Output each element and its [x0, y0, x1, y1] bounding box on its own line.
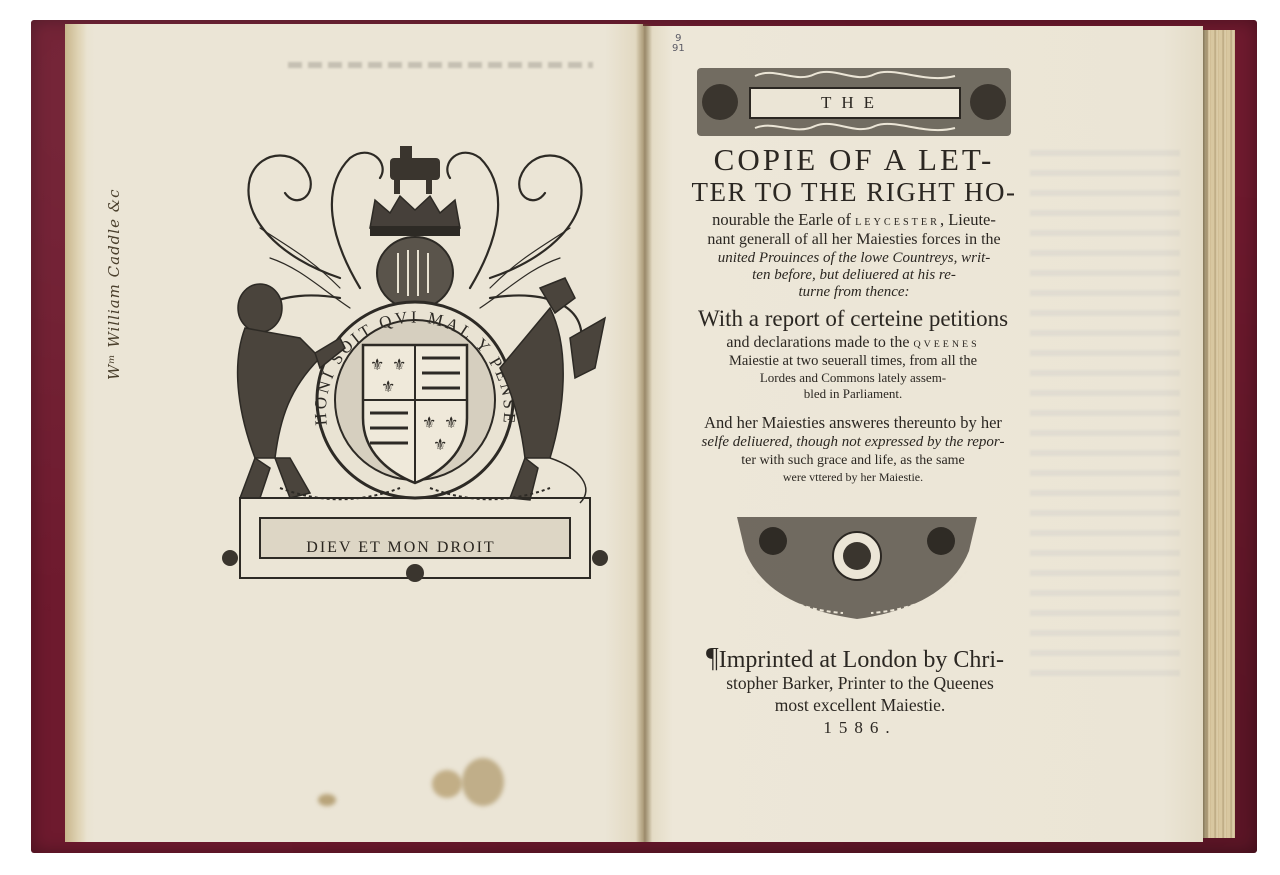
foxing-stain: [432, 770, 462, 798]
answer-line-2: selfe deliuered, though not expressed by…: [668, 433, 1038, 452]
title-line-3-post: , Lieute-: [940, 210, 996, 229]
title-line-7: turne from thence:: [668, 283, 1040, 301]
folio-mark-bottom: 91: [672, 44, 685, 54]
imprint-line-1-text: Imprinted at London by Chri-: [719, 647, 1004, 673]
title-line-5: united Prouinces of the lowe Countreys, …: [668, 249, 1040, 267]
title-line-3-pre: nourable the Earle of: [712, 210, 855, 229]
svg-text:⚜: ⚜: [370, 355, 384, 374]
book-gutter: [636, 24, 652, 842]
title-line-4: nant generall of all her Maiesties force…: [668, 230, 1040, 250]
headpiece-label: THE: [750, 93, 955, 115]
title-line-1: COPIE OF A LET-: [668, 143, 1040, 177]
imprint-line-2: stopher Barker, Printer to the Queenes: [690, 672, 1030, 694]
report-line-2-smallcaps: QVEENES: [913, 339, 979, 350]
svg-text:⚜: ⚜: [422, 413, 436, 432]
report-line-4: Lordes and Commons lately assem-: [668, 370, 1038, 386]
handwritten-inscription: Wᵐ William Caddle &c: [105, 120, 123, 380]
faded-stamp-marks: [288, 62, 593, 68]
pilcrow-mark: ¶: [706, 643, 719, 674]
royal-arms-woodcut: HONI SOIT QVI MAL Y PENSE ⚜⚜⚜ ⚜⚜⚜: [220, 138, 610, 590]
answer-line-4: were vttered by her Maiestie.: [668, 470, 1038, 485]
motto-banner: DIEV ET MON DROIT: [262, 535, 540, 560]
title-line-6: ten before, but deliuered at his re-: [668, 266, 1040, 284]
printers-ornament: [733, 511, 981, 623]
folio-mark: 9 91: [672, 34, 685, 54]
report-line-2: and declarations made to the QVEENES: [668, 333, 1038, 354]
report-line-3: Maiestie at two seuerall times, from all…: [668, 352, 1038, 370]
svg-text:⚜: ⚜: [381, 377, 395, 396]
title-line-2: TER TO THE RIGHT HO-: [668, 177, 1040, 207]
foxing-stain: [462, 758, 504, 806]
imprint-line-1: ¶Imprinted at London by Chri-: [670, 644, 1040, 675]
svg-text:⚜: ⚜: [392, 355, 406, 374]
printers-ornament-art: [733, 511, 981, 623]
foxing-stain: [318, 794, 336, 806]
page-stack-shadow: [1203, 30, 1209, 838]
svg-text:⚜: ⚜: [433, 435, 447, 454]
report-line-5: bled in Parliament.: [668, 386, 1038, 402]
answer-line-1: And her Maiesties answeres thereunto by …: [668, 413, 1038, 433]
report-line-2-pre: and declarations made to the: [726, 334, 913, 351]
left-page-edge: [65, 24, 87, 842]
svg-text:⚜: ⚜: [444, 413, 458, 432]
royal-arms-illustration: HONI SOIT QVI MAL Y PENSE ⚜⚜⚜ ⚜⚜⚜: [220, 138, 610, 590]
imprint-line-3: most excellent Maiestie.: [690, 694, 1030, 716]
imprint-year: 1586.: [690, 717, 1030, 739]
report-line-1: With a report of certeine petitions: [668, 305, 1038, 332]
bleed-through-text: [1030, 150, 1180, 690]
answer-line-3: ter with such grace and life, as the sam…: [668, 452, 1038, 470]
title-line-3-smallcaps: LEYCESTER: [855, 217, 940, 228]
